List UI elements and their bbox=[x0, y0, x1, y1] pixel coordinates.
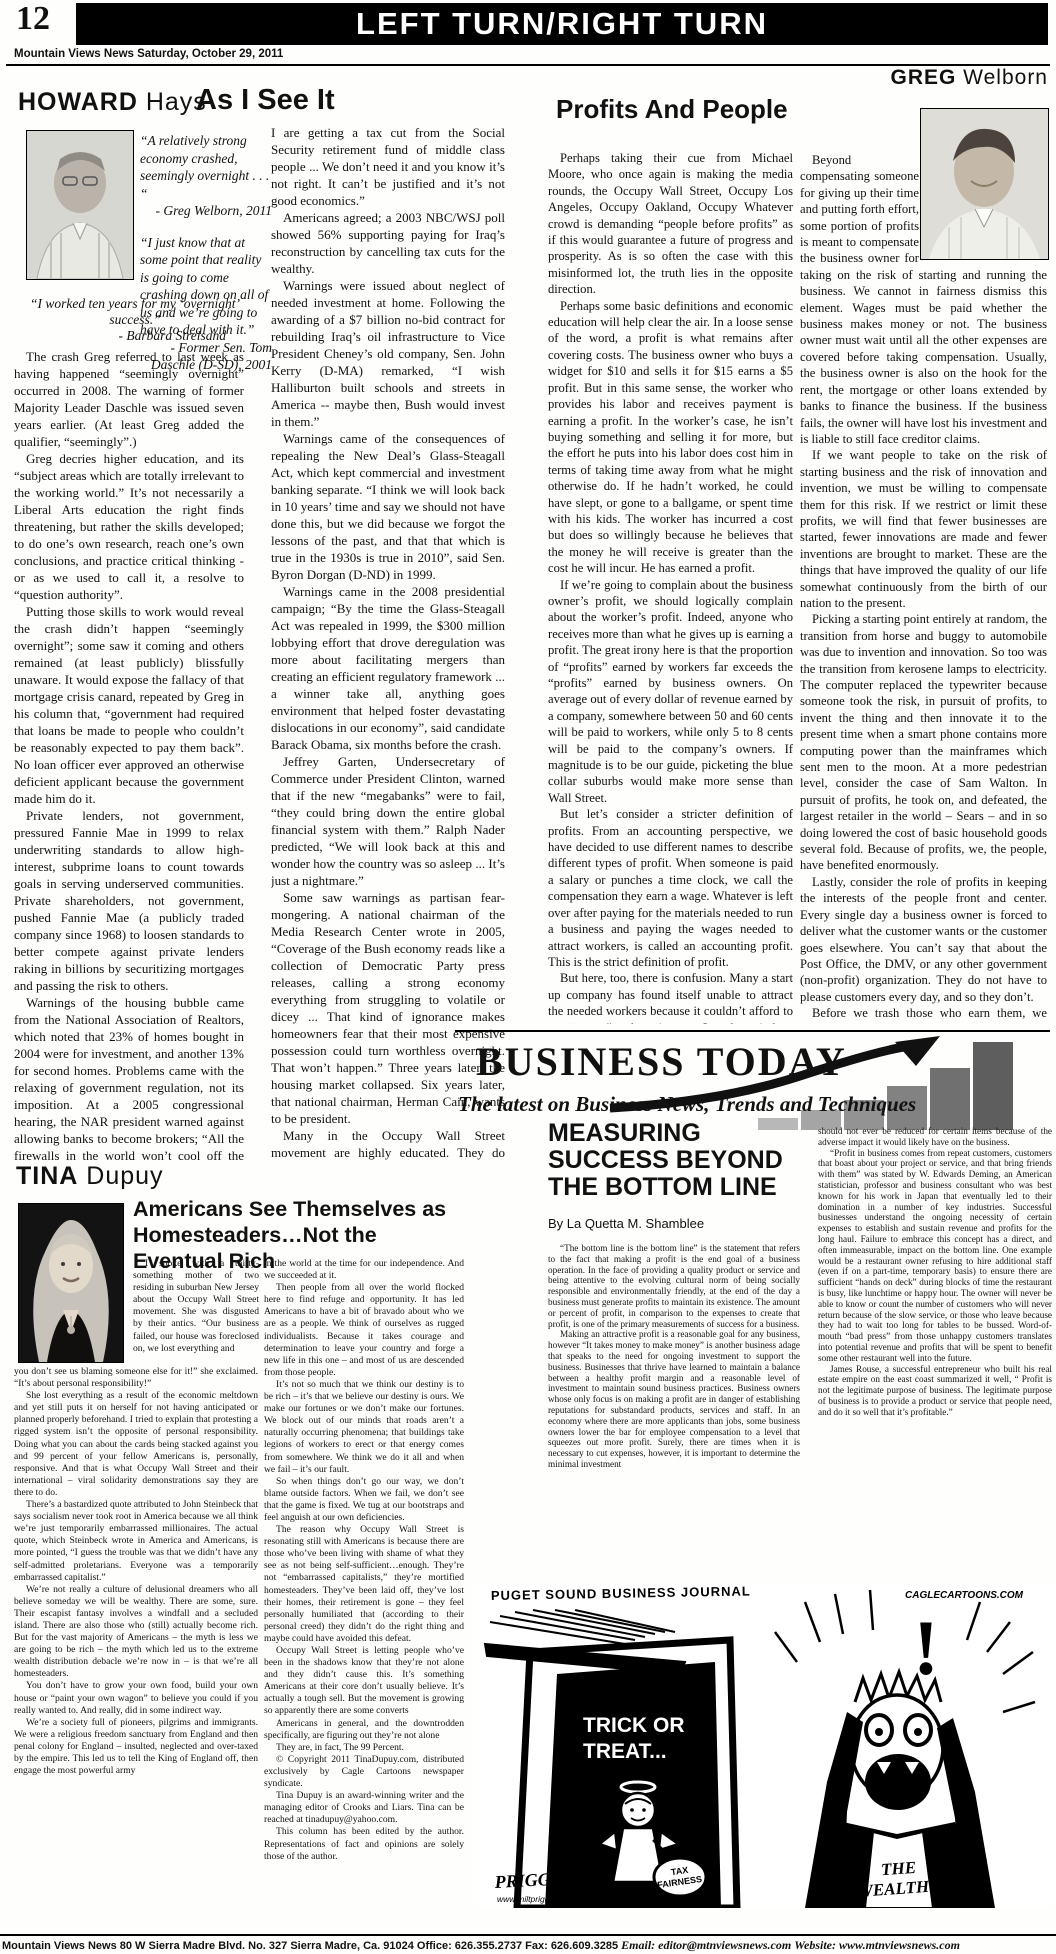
tina-headline-line1: Americans See Themselves as bbox=[133, 1196, 455, 1222]
footer-address: Mountain Views News 80 W Sierra Madre Bl… bbox=[2, 1940, 618, 1952]
measuring-success-headline: MEASURING SUCCESS BEYOND THE BOTTOM LINE bbox=[548, 1120, 810, 1201]
tina-intro-column: I spoke with a thirty-something mother o… bbox=[133, 1258, 259, 1364]
measuring-column-2: should not ever be reduced for certain i… bbox=[818, 1126, 1052, 1576]
tina-column-1: you don’t see us blaming someone else fo… bbox=[14, 1366, 258, 1936]
footer-email: Email: editor@mtnviewsnews.com bbox=[621, 1938, 791, 1952]
pull-quote-1-text: “A relatively strong economy crashed, se… bbox=[140, 132, 272, 202]
masthead-dateline: Mountain Views News Saturday, October 29… bbox=[14, 48, 283, 60]
howard-first-name: HOWARD bbox=[18, 88, 138, 116]
cartoon-speech-line1: TRICK OR bbox=[583, 1714, 685, 1737]
streisand-quote-attribution: - Barbara Streisand bbox=[14, 328, 256, 344]
pull-quote-streisand: “I worked ten years for my ‘overnight’ s… bbox=[14, 296, 256, 344]
streisand-quote-text: “I worked ten years for my ‘overnight’ s… bbox=[30, 296, 240, 327]
editorial-cartoon: PUGET SOUND BUSINESS JOURNAL CAGLECARTOO… bbox=[475, 1582, 1053, 1908]
pull-quote-1-attribution: - Greg Welborn, 2011 bbox=[140, 202, 272, 220]
business-today-title: BUSINESS TODAY bbox=[476, 1038, 847, 1085]
business-today-top-rule bbox=[455, 1030, 1050, 1032]
tina-dupuy-portrait-art bbox=[19, 1204, 123, 1362]
measuring-column-1: “The bottom line is the bottom line” is … bbox=[548, 1243, 800, 1581]
cartoonist-signature: PRIGGEE bbox=[493, 1868, 575, 1892]
tina-first-name: TINA bbox=[16, 1162, 78, 1190]
howard-hays-photo bbox=[26, 130, 134, 280]
newspaper-page: 12 LEFT TURN/RIGHT TURN Mountain Views N… bbox=[0, 0, 1056, 1954]
howard-column-1: The crash Greg referred to last week as … bbox=[14, 348, 244, 1160]
measuring-success-byline: By La Quetta M. Shamblee bbox=[548, 1216, 704, 1231]
tina-dupuy-byline: TINA Dupuy bbox=[16, 1162, 164, 1191]
howard-column-2: I are getting a tax cut from the Social … bbox=[271, 124, 505, 1162]
photo-wrap-spacer bbox=[919, 152, 1047, 264]
footer-rule bbox=[0, 1934, 1056, 1936]
cartoonist-website: www.miltpriggee.com ©11-10 bbox=[497, 1894, 607, 1904]
as-i-see-it-title: As I See It bbox=[196, 84, 335, 117]
profits-and-people-title: Profits And People bbox=[556, 94, 788, 125]
tina-last-name: Dupuy bbox=[86, 1162, 163, 1190]
greg-welborn-byline: GREG Welborn bbox=[790, 66, 1048, 90]
footer-website: Website: www.mtnviewsnews.com bbox=[794, 1938, 960, 1952]
greg-column-1: Perhaps taking their cue from Michael Mo… bbox=[548, 150, 793, 1024]
cartoon-speech-line2: TREAT... bbox=[583, 1740, 667, 1763]
cartoon-credit-right: CAGLECARTOONS.COM bbox=[905, 1590, 1024, 1601]
page-banner: LEFT TURN/RIGHT TURN bbox=[76, 3, 1048, 45]
howard-hays-byline: HOWARD Hays bbox=[18, 88, 207, 117]
banner-title: LEFT TURN/RIGHT TURN bbox=[356, 6, 768, 42]
howard-hays-portrait-art bbox=[27, 131, 133, 279]
greg-last-name: Welborn bbox=[963, 66, 1048, 89]
greg-column-2-text: Beyond compensating someone for giving u… bbox=[800, 152, 1047, 1024]
wealthy-label-line1: THE bbox=[881, 1858, 917, 1879]
greg-column-2: Beyond compensating someone for giving u… bbox=[800, 152, 1047, 1024]
page-number: 12 bbox=[16, 0, 50, 38]
greg-first-name: GREG bbox=[890, 66, 956, 89]
footer-line: Mountain Views News 80 W Sierra Madre Bl… bbox=[2, 1938, 1056, 1953]
tina-column-2: in the world at the time for our indepen… bbox=[264, 1258, 464, 1906]
tina-dupuy-photo bbox=[18, 1203, 124, 1363]
business-today-subtitle: The latest on Business News, Trends and … bbox=[458, 1092, 916, 1117]
